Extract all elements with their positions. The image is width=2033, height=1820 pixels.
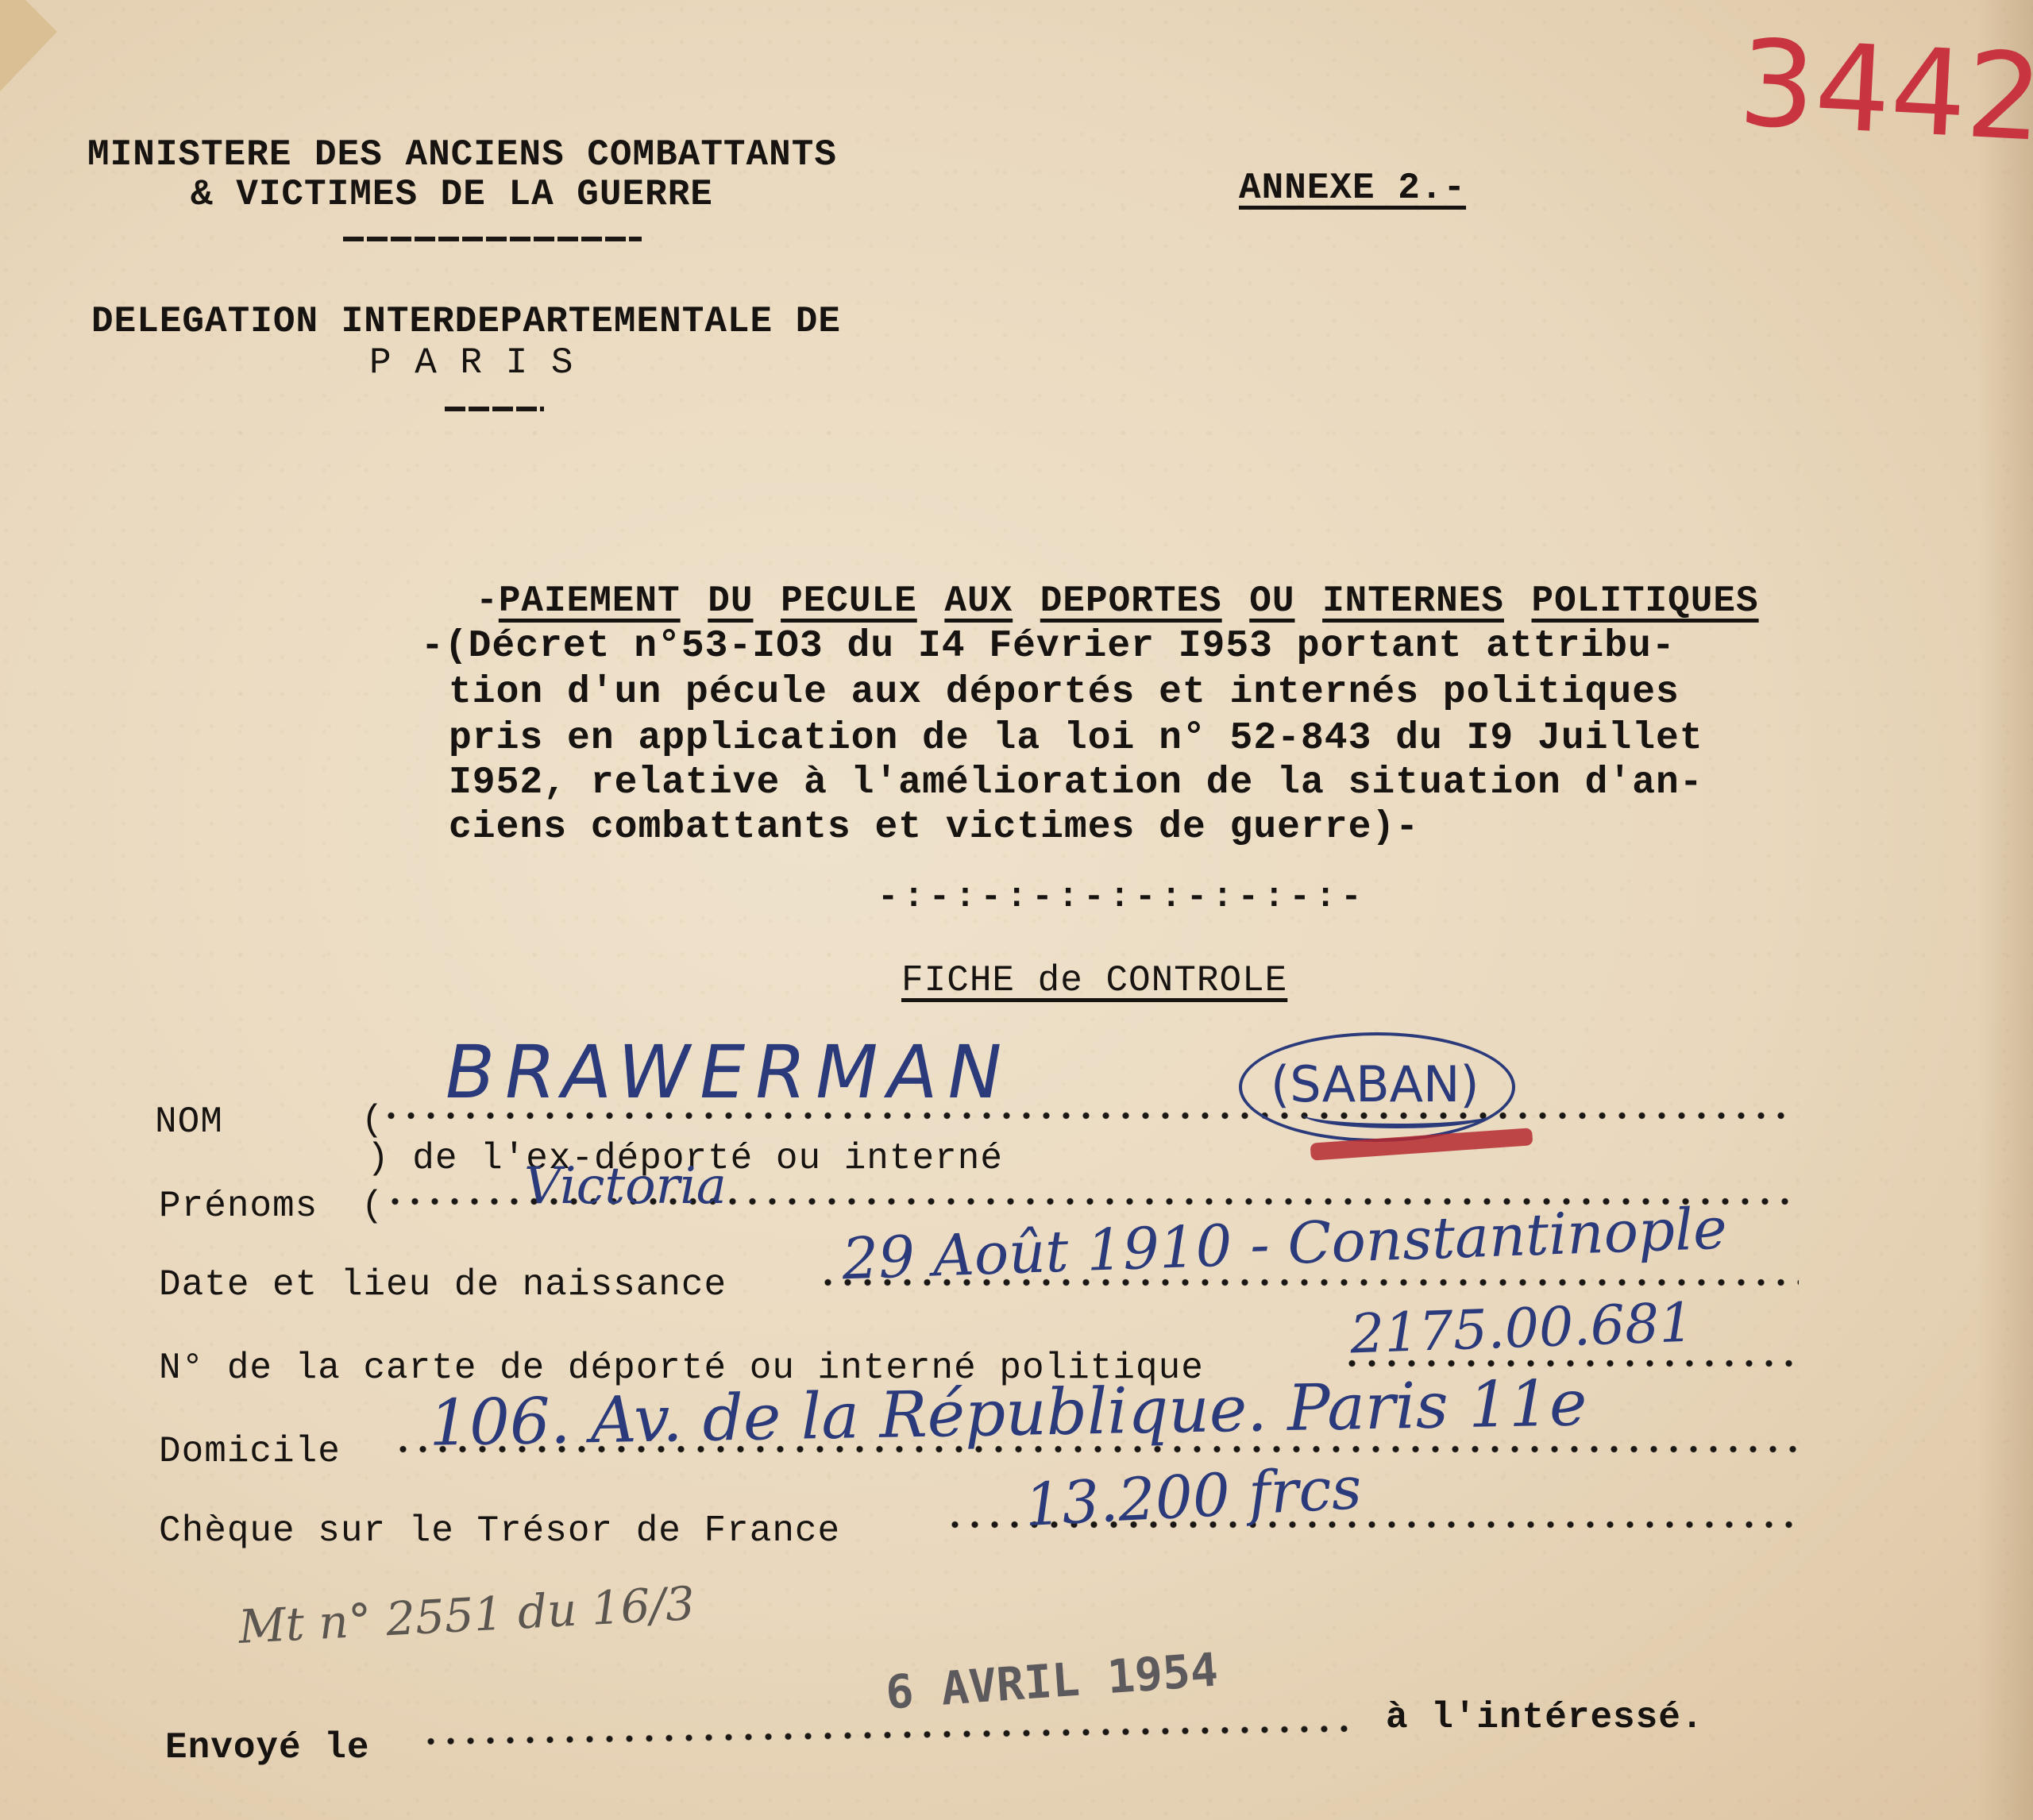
cheque-value[interactable]: 13.200 frcs	[1023, 1459, 1363, 1535]
pencil-note: Mt n° 2551 du 16/3	[237, 1580, 696, 1650]
domicile-value[interactable]: 106. Av. de la République. Paris 11e	[428, 1371, 1587, 1455]
decree-line-4: I952, relative à l'amélioration de la si…	[449, 764, 1703, 802]
sent-suffix: à l'intéressé.	[1386, 1699, 1703, 1736]
section-separator: -:-:-:-:-:-:-:-:-:-	[878, 880, 1367, 915]
domicile-label: Domicile	[159, 1433, 341, 1470]
brace-top: (	[361, 1100, 384, 1141]
form-title: FICHE de CONTROLE	[901, 962, 1287, 999]
delegation-line-1: DELEGATION INTERDEPARTEMENTALE DE	[91, 303, 841, 340]
sent-label: Envoyé le	[165, 1729, 369, 1766]
decree-line-1: -(Décret n°53-IO3 du I4 Février I953 por…	[421, 627, 1676, 665]
naissance-value[interactable]: 29 Août 1910 - Constantinople	[841, 1200, 1728, 1288]
prenoms-label: Prénoms	[159, 1188, 318, 1224]
archive-number: 3442	[1736, 24, 2033, 159]
date-stamp: 6 AVRIL 1954	[884, 1646, 1219, 1715]
decree-line-2: tion d'un pécule aux déportés et interné…	[449, 673, 1680, 711]
prenoms-value[interactable]: Victoria	[524, 1161, 727, 1212]
subject-prefix: -	[476, 580, 499, 622]
naissance-label: Date et lieu de naissance	[159, 1267, 727, 1303]
folded-corner	[0, 0, 59, 91]
delegation-divider	[445, 407, 544, 411]
nom-label: NOM	[155, 1104, 223, 1140]
brace-bottom: (	[361, 1186, 384, 1227]
decree-line-5: ciens combattants et victimes de guerre)…	[449, 808, 1419, 846]
nom-value[interactable]: BRAWERMAN	[438, 1036, 1018, 1109]
decree-line-3: pris en application de la loi n° 52-843 …	[449, 719, 1703, 758]
delegation-line-2: P A R I S	[369, 345, 573, 381]
cheque-label: Chèque sur le Trésor de France	[159, 1513, 840, 1549]
carte-value[interactable]: 2175.00.681	[1349, 1296, 1695, 1362]
paper-edge-shadow	[1977, 0, 2033, 1820]
header-divider	[343, 237, 642, 241]
sent-dotted-line[interactable]	[421, 1725, 1358, 1745]
subject-title: -PAIEMENT DU PECULE AUX DEPORTES OU INTE…	[421, 546, 1759, 619]
ministry-line-1: MINISTERE DES ANCIENS COMBATTANTS	[87, 137, 837, 173]
blue-underline-mark	[1302, 1100, 1493, 1128]
ministry-line-2: & VICTIMES DE LA GUERRE	[191, 176, 713, 213]
annex-label: ANNEXE 2.-	[1239, 170, 1466, 206]
